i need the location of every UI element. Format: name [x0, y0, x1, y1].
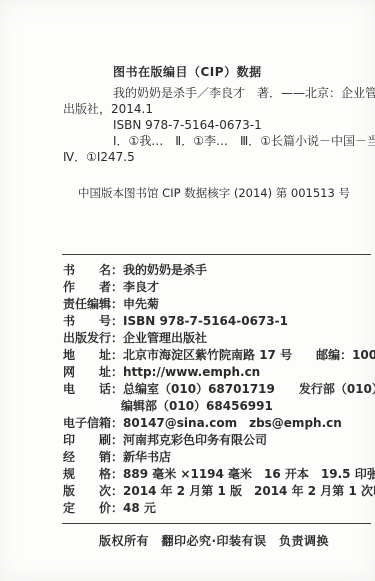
detail-value: 编辑部（010）68456991: [121, 399, 273, 413]
cip-title: 图书在版编目（CIP）数据: [63, 64, 361, 80]
cip-classification-line-1: Ⅰ．①我… Ⅱ．①李… Ⅲ．①长篇小说－中国－当代: [63, 133, 361, 149]
detail-label: 版 次：: [63, 483, 123, 500]
detail-label: 印 刷：: [63, 432, 123, 449]
detail-value: 2014 年 2 月第 1 版 2014 年 2 月第 1 次印刷: [123, 484, 375, 498]
detail-row-edition: 版 次：2014 年 2 月第 1 版 2014 年 2 月第 1 次印刷: [63, 483, 369, 500]
detail-row-format: 规 格：889 毫米 ×1194 毫米 16 开本 19.5 印张 140 千字: [63, 466, 369, 483]
detail-value: http://www.emph.cn: [123, 365, 260, 379]
detail-label: 作 者：: [63, 279, 123, 296]
detail-value: 企业管理出版社: [123, 331, 207, 345]
detail-row-phone: 电 话：总编室（010）68701719 发行部（010）68414644: [63, 381, 369, 398]
detail-row-printer: 印 刷：河南邦克彩色印务有限公司: [63, 432, 369, 449]
cip-isbn: ISBN 978-7-5164-0673-1: [63, 117, 361, 133]
detail-value: 总编室（010）68701719 发行部（010）68414644: [123, 382, 375, 396]
detail-row-editor: 责任编辑：申先菊: [63, 296, 369, 313]
detail-row-email: 电子信箱：80147@sina.com zbs@emph.cn: [63, 415, 369, 432]
detail-value: 申先菊: [123, 297, 159, 311]
detail-label: 经 销：: [63, 449, 123, 466]
detail-label: 电 话：: [63, 381, 123, 398]
detail-value: 新华书店: [123, 450, 171, 464]
divider-bottom: [62, 523, 371, 524]
detail-row-isbn: 书 号：ISBN 978-7-5164-0673-1: [63, 313, 369, 330]
detail-value: 北京市海淀区紫竹院南路 17 号 邮编：100048: [123, 348, 375, 362]
cip-record-number: 中国版本图书馆 CIP 数据核字 (2014) 第 001513 号: [63, 185, 365, 201]
copyright-notice: 版权所有 翻印必究·印装有误 负责调换: [63, 532, 365, 549]
publication-details: 书 名：我的奶奶是杀手 作 者：李良才 责任编辑：申先菊 书 号：ISBN 97…: [63, 262, 369, 517]
detail-value: 80147@sina.com zbs@emph.cn: [123, 416, 342, 430]
detail-label: 书 号：: [63, 313, 123, 330]
detail-label: 规 格：: [63, 466, 123, 483]
cip-publication-line-2: 出版社，2014.1: [63, 101, 361, 117]
detail-row-book-title: 书 名：我的奶奶是杀手: [63, 262, 369, 279]
detail-row-website: 网 址：http://www.emph.cn: [63, 364, 369, 381]
detail-label: 书 名：: [63, 262, 123, 279]
detail-label: 网 址：: [63, 364, 123, 381]
detail-row-author: 作 者：李良才: [63, 279, 369, 296]
detail-row-price: 定 价：48 元: [63, 500, 369, 517]
cip-block: 图书在版编目（CIP）数据 我的奶奶是杀手／李良才 著．——北京：企业管理 出版…: [63, 64, 361, 165]
detail-row-publisher: 出版发行：企业管理出版社: [63, 330, 369, 347]
detail-value: 48 元: [123, 501, 156, 515]
cip-publication-line-1: 我的奶奶是杀手／李良才 著．——北京：企业管理: [63, 85, 361, 101]
detail-value: ISBN 978-7-5164-0673-1: [123, 314, 288, 328]
detail-label: 定 价：: [63, 500, 123, 517]
detail-row-phone-editorial: 编辑部（010）68456991: [63, 398, 369, 415]
detail-value: 889 毫米 ×1194 毫米 16 开本 19.5 印张 140 千字: [123, 467, 375, 481]
copyright-page: 图书在版编目（CIP）数据 我的奶奶是杀手／李良才 著．——北京：企业管理 出版…: [0, 0, 375, 581]
detail-value: 李良才: [123, 280, 159, 294]
cip-classification-line-2: Ⅳ．①I247.5: [63, 149, 361, 165]
detail-row-distributor: 经 销：新华书店: [63, 449, 369, 466]
detail-label: 地 址：: [63, 347, 123, 364]
divider-top: [62, 254, 371, 255]
detail-value: 河南邦克彩色印务有限公司: [123, 433, 267, 447]
detail-row-address: 地 址：北京市海淀区紫竹院南路 17 号 邮编：100048: [63, 347, 369, 364]
detail-label: 电子信箱：: [63, 415, 123, 432]
detail-label: 责任编辑：: [63, 296, 123, 313]
detail-label: 出版发行：: [63, 330, 123, 347]
detail-value: 我的奶奶是杀手: [123, 263, 207, 277]
